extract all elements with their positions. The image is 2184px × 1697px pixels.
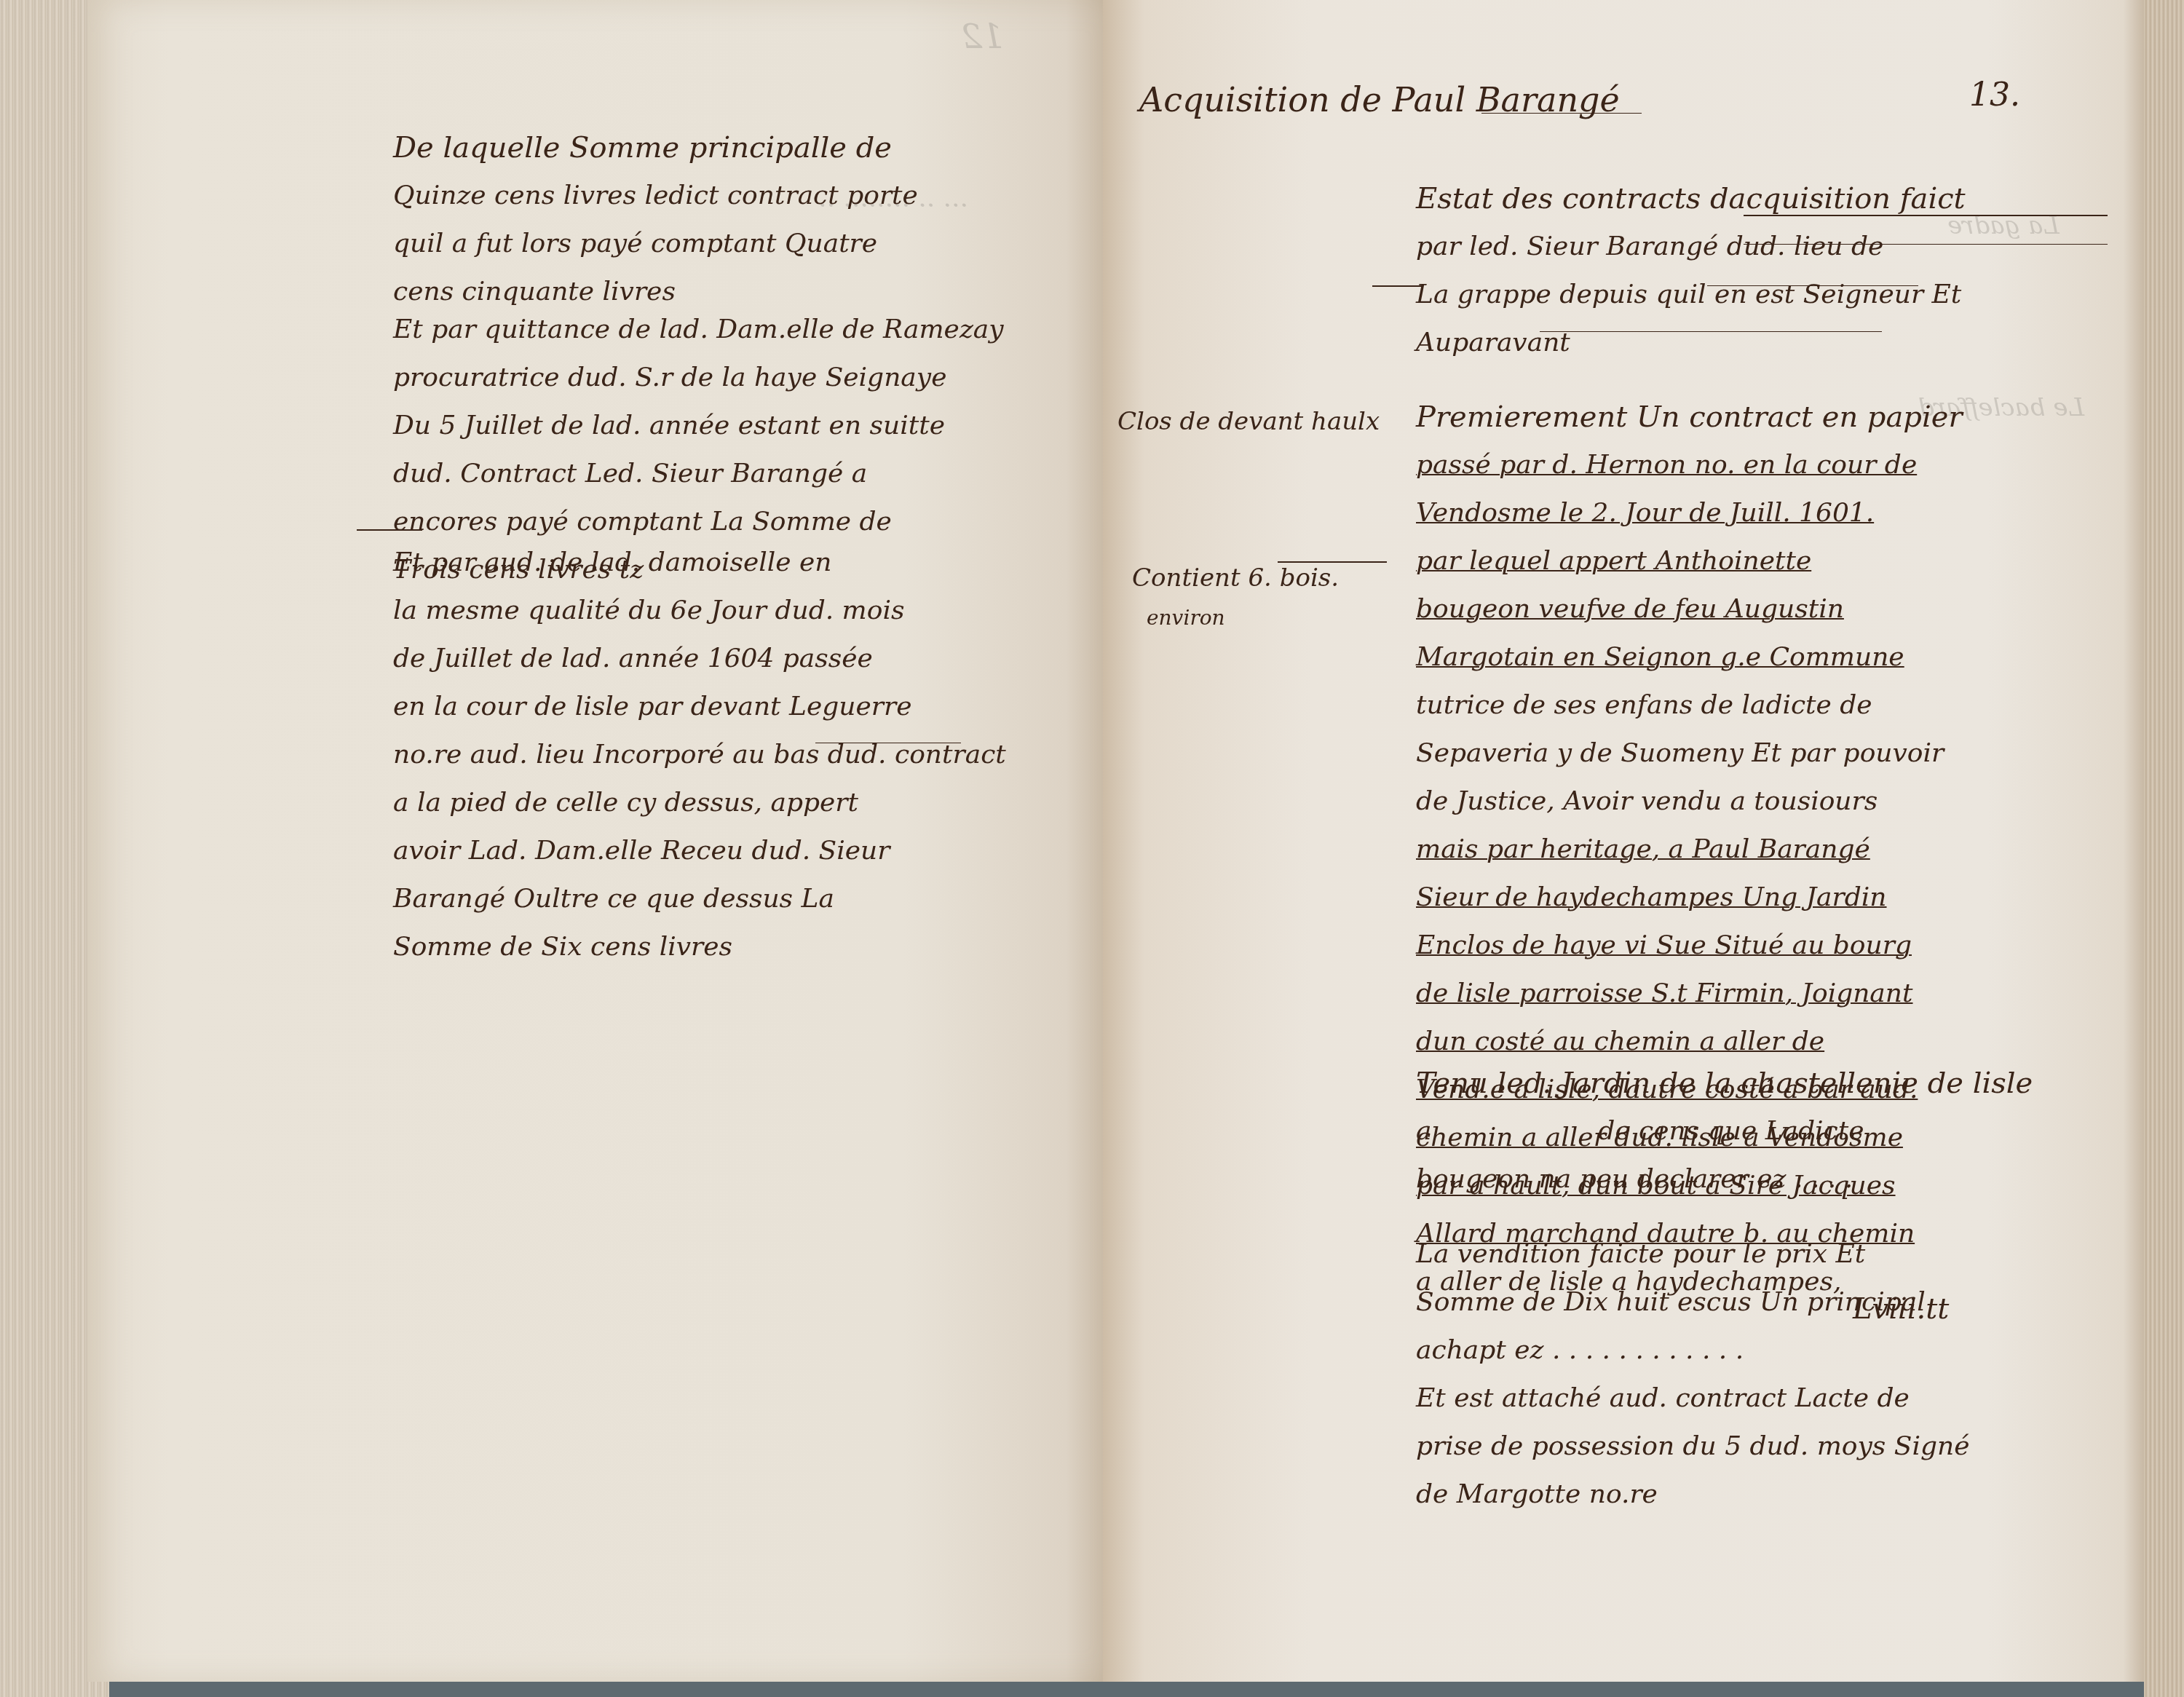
line-end-rule <box>1744 215 2108 216</box>
text-line: Somme de Six cens livres <box>393 923 1006 971</box>
left-paragraph-1: De laquelle Somme principalle de Quinze … <box>393 124 918 316</box>
text-line: par led. Sieur Barangé dud. lieu de <box>1416 223 1966 271</box>
text-line: Sepaveria y de Suomeny Et par pouvoir <box>1416 729 1963 778</box>
text-line: de Juillet de lad. année 1604 passée <box>393 635 1006 683</box>
text-line: Du 5 Juillet de lad. année estant en sui… <box>393 402 1004 450</box>
text-line: bougeon veufve de feu Augustin <box>1416 585 1963 633</box>
right-paragraph-tenu: Tenu led. Jardin de la chastellenie de l… <box>1416 1059 2033 1203</box>
left-page-number: 12 <box>961 15 1004 58</box>
text-line: de Margotte no.re <box>1416 1471 1969 1519</box>
margin-note-clos: Clos de devant haulx <box>1117 404 1380 439</box>
text-line: Margotain en Seignon g.e Commune <box>1416 633 1963 681</box>
text-line: la mesme qualité du 6e Jour dud. mois <box>393 587 1006 635</box>
text-line: Enclos de haye vi Sue Situé au bourg <box>1416 922 1963 970</box>
text-line: Et par quittance de lad. Dam.elle de Ram… <box>393 306 1004 354</box>
book-spread: 12 ··· ·· ········ ·· De laquelle Somme … <box>0 0 2184 1697</box>
right-page-edges <box>2144 0 2184 1697</box>
text-line: a la pied de celle cy dessus, appert <box>393 779 1006 827</box>
bracket-rule <box>357 529 422 531</box>
line-end-rule <box>1540 331 1882 332</box>
margin-note-environ: environ <box>1147 601 1225 636</box>
text-line: Et est attaché aud. contract Lacte de <box>1416 1374 1969 1423</box>
text-line: mais par heritage, a Paul Barangé <box>1416 826 1963 874</box>
left-paragraph-3: Et par aud. de lad. damoiselle en la mes… <box>393 539 1006 971</box>
text-line: procuratrice dud. S.r de la haye Seignay… <box>393 354 1004 402</box>
text-line: passé par d. Hernon no. en la cour de <box>1416 441 1963 489</box>
text-line: Sieur de haydechampes Ung Jardin <box>1416 874 1963 922</box>
text-line: tutrice de ses enfans de ladicte de <box>1416 681 1963 729</box>
text-line: en la cour de lisle par devant Leguerre <box>393 683 1006 731</box>
right-page: Acquisition de Paul Barangé 13. La gadre… <box>1103 0 2144 1682</box>
line-end-rule <box>1372 285 1423 287</box>
text-line: La grappe depuis quil en est Seigneur Et <box>1416 271 1966 319</box>
line-end-rule <box>1744 244 2108 245</box>
right-intro-paragraph: Estat des contracts dacquisition faict p… <box>1416 175 1966 367</box>
text-line: achapt ez . . . . . . . . . . . . <box>1416 1326 1969 1374</box>
text-line: dud. Contract Led. Sieur Barangé a <box>393 450 1004 498</box>
text-line: Tenu led. Jardin de la chastellenie de l… <box>1416 1059 2033 1107</box>
sum-amount: Lviii.tt <box>1853 1292 1949 1326</box>
margin-note-contient: Contient 6. bois. <box>1132 561 1339 596</box>
text-line: Vendosme le 2. Jour de Juill. 1601. <box>1416 489 1963 537</box>
text-line: avoir Lad. Dam.elle Receu dud. Sieur <box>393 827 1006 875</box>
line-end-rule <box>1707 285 1918 286</box>
text-line: Barangé Oultre ce que dessus La <box>393 875 1006 923</box>
text-line: prise de possession du 5 dud. moys Signé <box>1416 1423 1969 1471</box>
text-line: par lequel appert Anthoinette <box>1416 537 1963 585</box>
text-line: no.re aud. lieu Incorporé au bas dud. co… <box>393 731 1006 779</box>
text-line: de Justice, Avoir vendu a tousiours <box>1416 778 1963 826</box>
bracket-rule <box>1278 561 1387 563</box>
text-line: Premierement Un contract en papier <box>1416 393 1963 441</box>
line-end-rule <box>815 743 961 743</box>
text-line: La vendition faicte pour le prix Et <box>1416 1230 1969 1278</box>
right-paragraph-vendition: La vendition faicte pour le prix Et Somm… <box>1416 1230 1969 1519</box>
text-line: quil a fut lors payé comptant Quatre <box>393 220 918 268</box>
text-line: de lisle parroisse S.t Firmin, Joignant <box>1416 970 1963 1018</box>
left-page: 12 ··· ·· ········ ·· De laquelle Somme … <box>87 0 1107 1682</box>
text-line: a de cens que Ladicte <box>1416 1107 2033 1155</box>
text-line: De laquelle Somme principalle de <box>393 124 918 172</box>
text-line: bougeon na peu declarer ez . . . . <box>1416 1155 2033 1203</box>
right-page-number: 13. <box>1969 76 2020 114</box>
text-line: Auparavant <box>1416 319 1966 367</box>
text-line: Et par aud. de lad. damoiselle en <box>393 539 1006 587</box>
title-rule <box>1481 113 1642 114</box>
text-line: Quinze cens livres ledict contract porte <box>393 172 918 220</box>
